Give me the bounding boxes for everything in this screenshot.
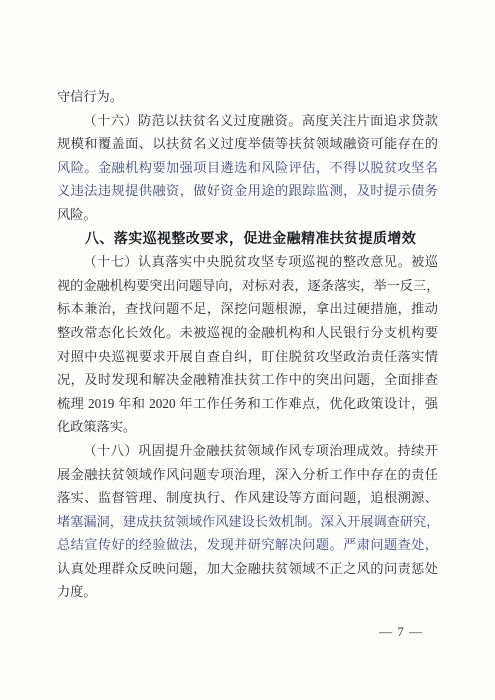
text-line: 义违法违规提供融资，做好资金用途的跟踪监测，及时提示债务 [57, 179, 438, 203]
text-line: 总结宣传好的经验做法，发现并研究解决问题。严肃问题查处， [57, 533, 438, 557]
text-line: 化政策落实。 [57, 415, 438, 439]
section-heading: 八、落实巡视整改要求，促进金融精准扶贫提质增效 [57, 227, 438, 251]
page-number: — 7 — [379, 624, 423, 640]
text-line: 落实、监督管理、制度执行、作风建设等方面问题，追根溯源、 [57, 486, 438, 510]
text-line: 况，及时发现和解决金融精准扶贫工作中的突出问题，全面排查 [57, 368, 438, 392]
text-line: 认真处理群众反映问题，加大金融扶贫领域不正之风的问责惩处 [57, 557, 438, 581]
text-line: 力度。 [57, 580, 438, 604]
text-line: 展金融扶贫领域作风问题专项治理，深入分析工作中存在的责任 [57, 463, 438, 487]
text-line: 整改常态化长效化。未被巡视的金融机构和人民银行分支机构要 [57, 321, 438, 345]
text-line: 对照中央巡视要求开展自查自纠，盯住脱贫攻坚政治责任落实情 [57, 345, 438, 369]
document-body-text: 守信行为。（十六）防范以扶贫名义过度融资。高度关注片面追求贷款规模和覆盖面、以扶… [57, 85, 438, 604]
text-line: 标本兼治，查找问题不足，深挖问题根源，拿出过硬措施，推动 [57, 297, 438, 321]
document-page: 守信行为。（十六）防范以扶贫名义过度融资。高度关注片面追求贷款规模和覆盖面、以扶… [0, 0, 495, 700]
text-line: 视的金融机构要突出问题导向，对标对表，逐条落实，举一反三， [57, 274, 438, 298]
text-line: （十八）巩固提升金融扶贫领域作风专项治理成效。持续开 [57, 439, 438, 463]
text-line: 梳理 2019 年和 2020 年工作任务和工作难点，优化政策设计，强 [57, 392, 438, 416]
text-line: 规模和覆盖面、以扶贫名义过度举债等扶贫领域融资可能存在的 [57, 132, 438, 156]
text-line: 守信行为。 [57, 85, 438, 109]
text-line: 风险。金融机构要加强项目遴选和风险评估，不得以脱贫攻坚名 [57, 156, 438, 180]
text-line: 风险。 [57, 203, 438, 227]
text-line: （十六）防范以扶贫名义过度融资。高度关注片面追求贷款 [57, 109, 438, 133]
text-line: 堵塞漏洞，建成扶贫领域作风建设长效机制。深入开展调查研究， [57, 510, 438, 534]
text-line: （十七）认真落实中央脱贫攻坚专项巡视的整改意见。被巡 [57, 250, 438, 274]
